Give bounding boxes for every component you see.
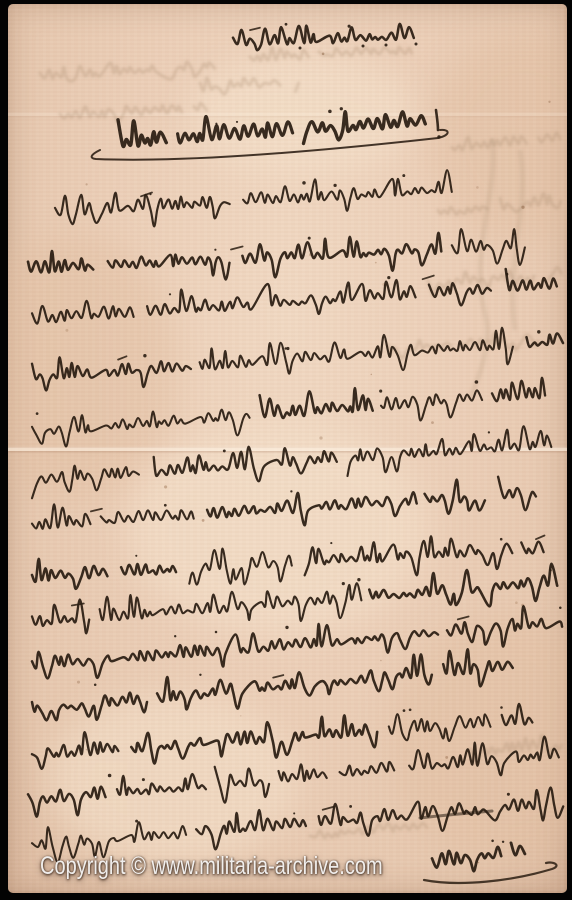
photo-frame: Copyright © www.militaria-archive.com [0,0,572,900]
body-line-7-handwriting [32,477,536,529]
body-line-6-handwriting [32,426,551,498]
body-line-5-handwriting [32,378,545,447]
body-line-12-handwriting [32,704,532,769]
body-line-8-handwriting [32,536,545,589]
body-line-9-handwriting [32,564,557,634]
body-line-1-handwriting [55,170,452,226]
body-line-13-handwriting [28,737,559,817]
handwriting-ink [0,0,572,900]
body-line-2-handwriting [28,229,525,280]
catchword-handwriting [424,840,556,883]
body-line-14-handwriting [32,787,563,862]
salutation-handwriting [92,107,448,160]
dateline-handwriting [233,23,418,50]
